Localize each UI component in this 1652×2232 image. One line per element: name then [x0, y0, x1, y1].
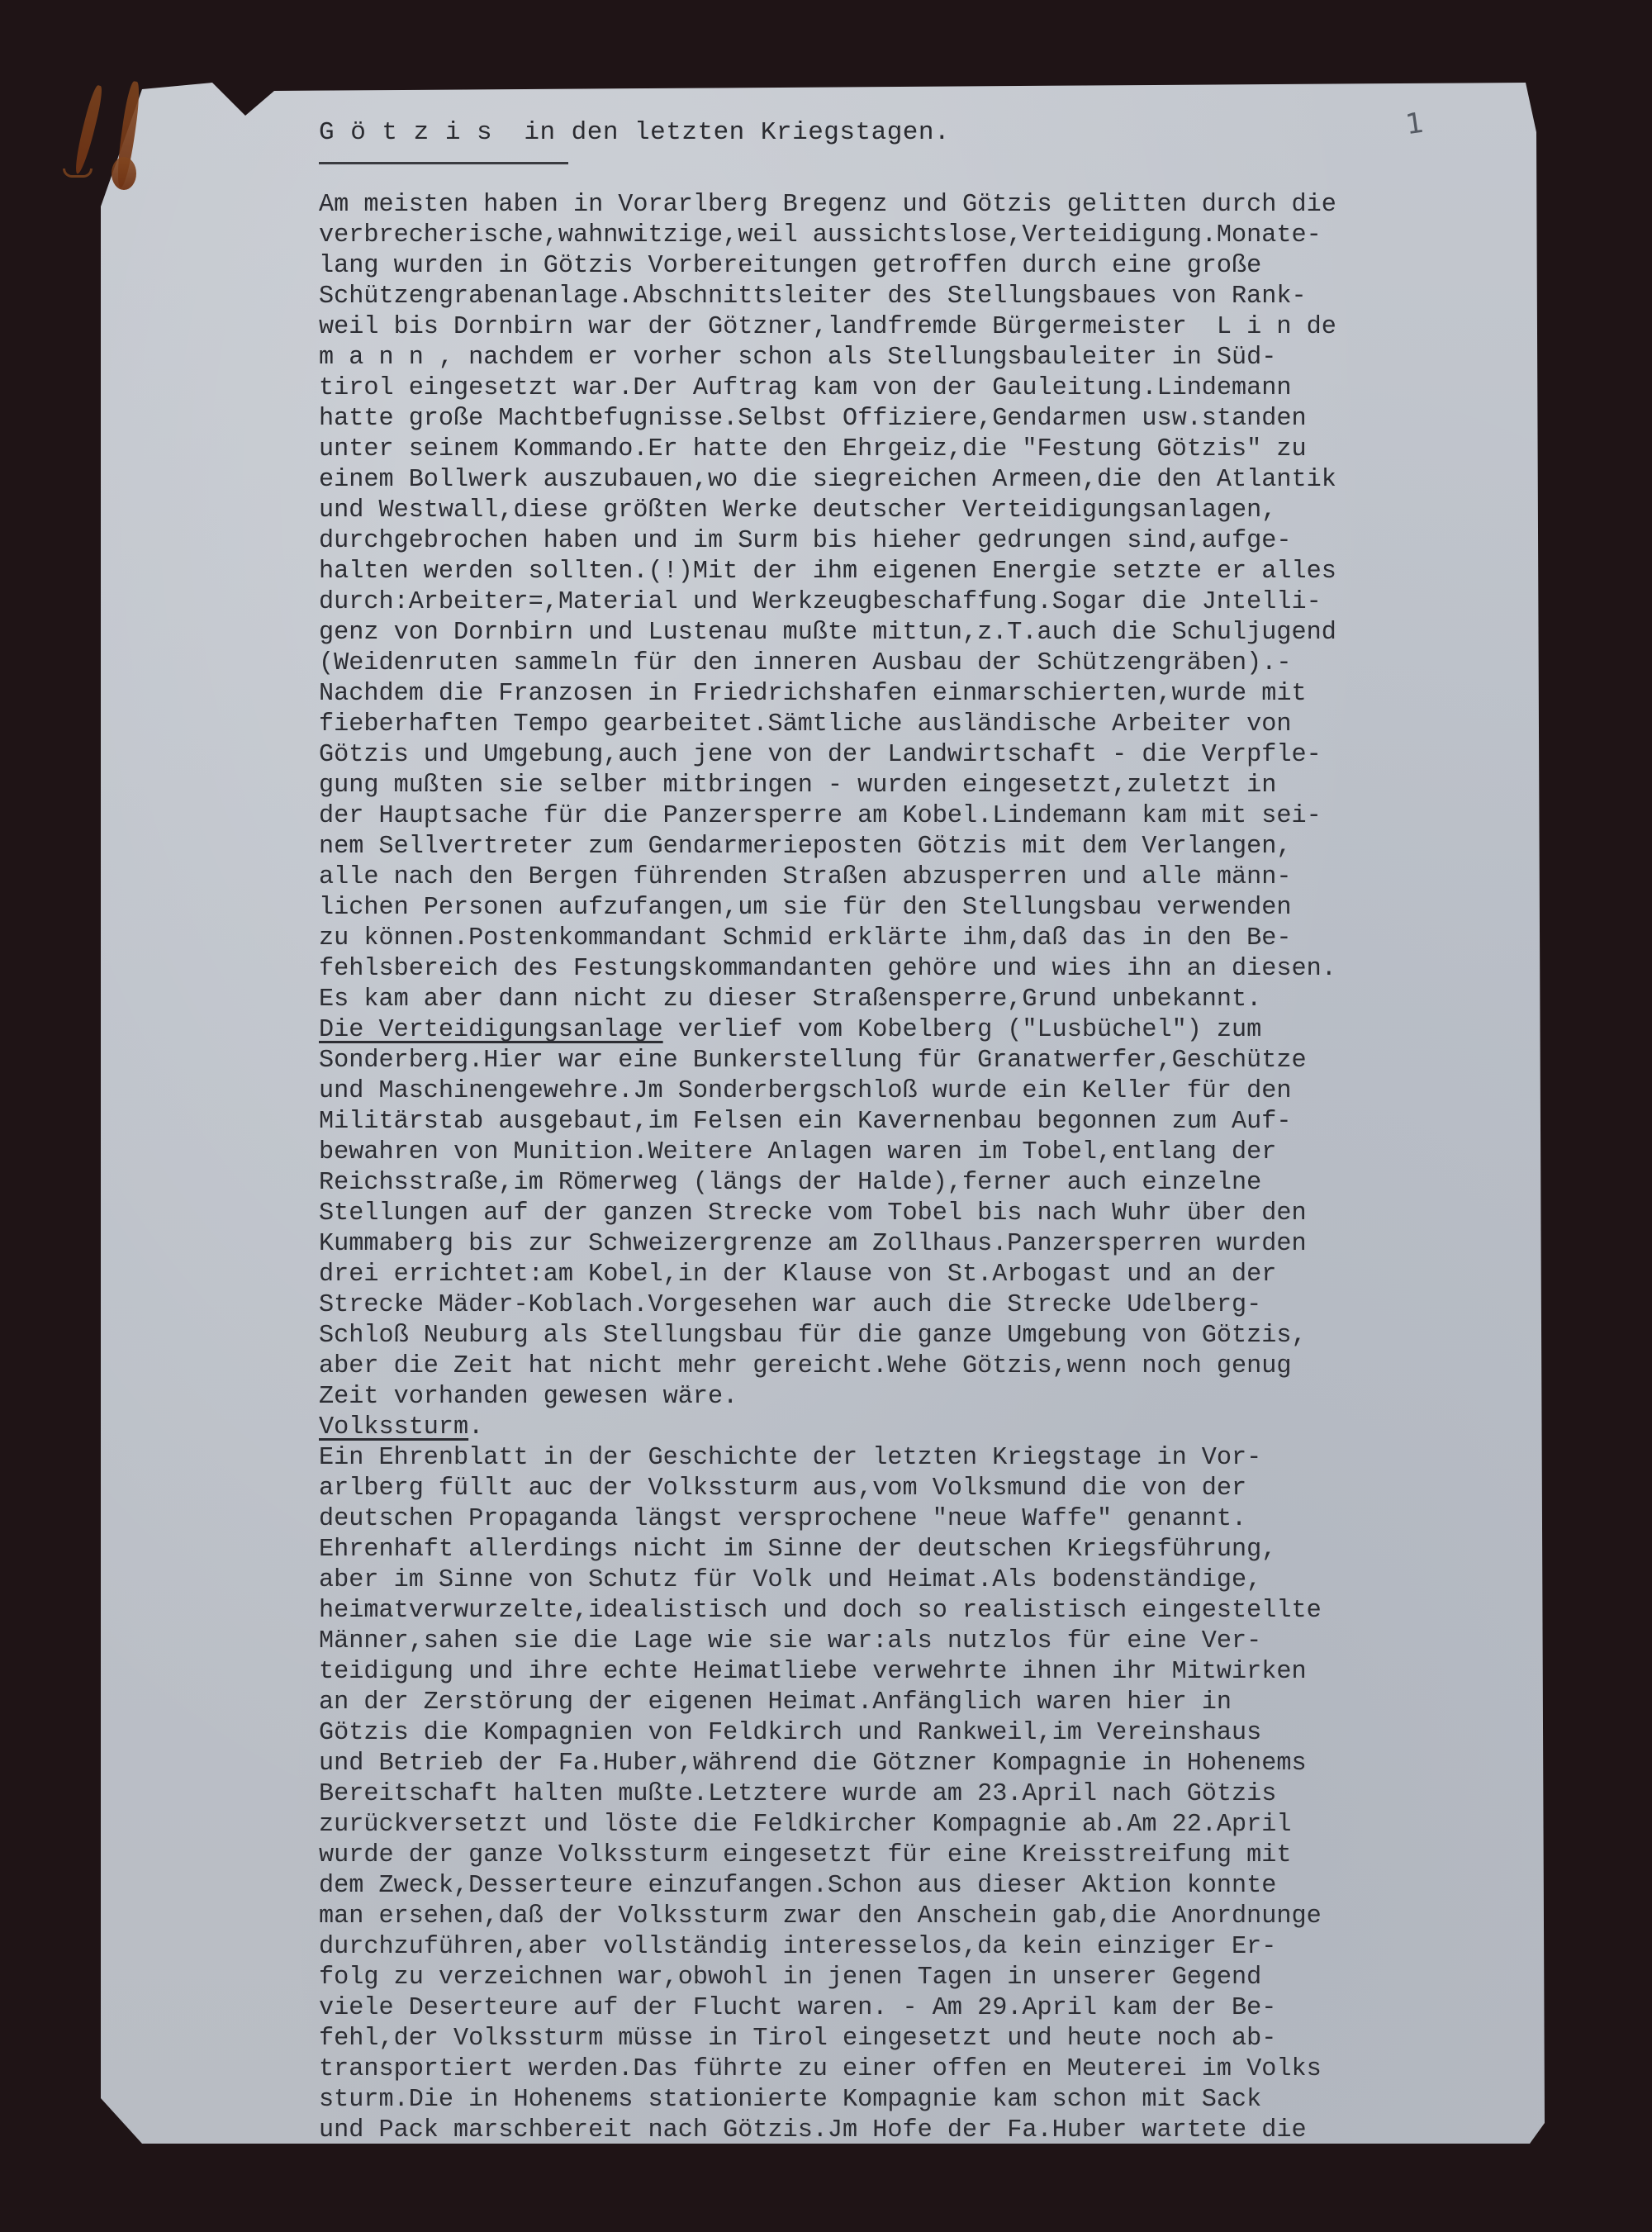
text-line: Es kam aber dann nicht zu dieser Straßen…	[319, 985, 1558, 1015]
text-line: Ehrenhaft allerdings nicht im Sinne der …	[319, 1535, 1558, 1565]
document-title: G ö t z i s in den letzten Kriegstagen.	[319, 118, 950, 147]
text-line: an der Zerstörung der eigenen Heimat.Anf…	[319, 1688, 1558, 1718]
text-line: halten werden sollten.(!)Mit der ihm eig…	[319, 557, 1558, 587]
text-line: Die Verteidigungsanlage verlief vom Kobe…	[319, 1015, 1558, 1046]
text-line: Männer,sahen sie die Lage wie sie war:al…	[319, 1627, 1558, 1657]
text-line: dem Zweck,Desserteure einzufangen.Schon …	[319, 1871, 1558, 1902]
text-line: Militärstab ausgebaut,im Felsen ein Kave…	[319, 1107, 1558, 1137]
text-line: bewahren von Munition.Weitere Anlagen wa…	[319, 1137, 1558, 1168]
text-line: und Westwall,diese größten Werke deutsch…	[319, 496, 1558, 526]
text-line: Kummaberg bis zur Schweizergrenze am Zol…	[319, 1229, 1558, 1260]
text-line: und Maschinengewehre.Jm Sonderbergschloß…	[319, 1076, 1558, 1107]
text-line: arlberg füllt auc der Volkssturm aus,vom…	[319, 1474, 1558, 1504]
text-line: Nachdem die Franzosen in Friedrichshafen…	[319, 679, 1558, 710]
text-line: (Weidenruten sammeln für den inneren Aus…	[319, 648, 1558, 679]
text-line: fieberhaften Tempo gearbeitet.Sämtliche …	[319, 710, 1558, 740]
text-line: und Betrieb der Fa.Huber,während die Göt…	[319, 1749, 1558, 1779]
text-line: durchgebrochen haben und im Surm bis hie…	[319, 526, 1558, 557]
text-line: Volkssturm.	[319, 1413, 1558, 1443]
document-body: Am meisten haben in Vorarlberg Bregenz u…	[319, 190, 1558, 2146]
text-line: drei errichtet:am Kobel,in der Klause vo…	[319, 1260, 1558, 1290]
text-line: wurde der ganze Volkssturm eingesetzt fü…	[319, 1840, 1558, 1871]
rust-stain	[112, 157, 136, 190]
text-line: Sonderberg.Hier war eine Bunkerstellung …	[319, 1046, 1558, 1076]
text-line: verbrecherische,wahnwitzige,weil aussich…	[319, 221, 1558, 251]
text-line: man ersehen,daß der Volkssturm zwar den …	[319, 1902, 1558, 1932]
text-line: viele Deserteure auf der Flucht waren. -…	[319, 1993, 1558, 2024]
text-line: Strecke Mäder-Koblach.Vorgesehen war auc…	[319, 1290, 1558, 1321]
text-line: Schützengrabenanlage.Abschnittsleiter de…	[319, 282, 1558, 312]
text-line: hatte große Machtbefugnisse.Selbst Offiz…	[319, 404, 1558, 435]
section-heading: Die Verteidigungsanlage	[319, 1016, 663, 1044]
text-line: Zeit vorhanden gewesen wäre.	[319, 1382, 1558, 1413]
text-line: lang wurden in Götzis Vorbereitungen get…	[319, 251, 1558, 282]
text-line: Am meisten haben in Vorarlberg Bregenz u…	[319, 190, 1558, 221]
text-line: Götzis die Kompagnien von Feldkirch und …	[319, 1718, 1558, 1749]
text-line: nem Sellvertreter zum Gendarmerieposten …	[319, 832, 1558, 862]
text-line: Reichsstraße,im Römerweg (längs der Hald…	[319, 1168, 1558, 1199]
text-line: heimatverwurzelte,idealistisch und doch …	[319, 1596, 1558, 1627]
text-line: genz von Dornbirn und Lustenau mußte mit…	[319, 618, 1558, 648]
text-line: m a n n , nachdem er vorher schon als St…	[319, 343, 1558, 373]
text-line: weil bis Dornbirn war der Götzner,landfr…	[319, 312, 1558, 343]
text-line: sturm.Die in Hohenems stationierte Kompa…	[319, 2085, 1558, 2116]
text-line: zu können.Postenkommandant Schmid erklär…	[319, 924, 1558, 954]
text-line: unter seinem Kommando.Er hatte den Ehrge…	[319, 435, 1558, 465]
text-line: Ein Ehrenblatt in der Geschichte der let…	[319, 1443, 1558, 1474]
text-line: Stellungen auf der ganzen Strecke vom To…	[319, 1199, 1558, 1229]
rust-stain	[72, 84, 105, 175]
section-heading: Volkssturm	[319, 1413, 468, 1441]
text-line: aber die Zeit hat nicht mehr gereicht.We…	[319, 1351, 1558, 1382]
text-line: gung mußten sie selber mitbringen - wurd…	[319, 771, 1558, 801]
text-line: durch:Arbeiter=,Material und Werkzeugbes…	[319, 587, 1558, 618]
text-line: Bereitschaft halten mußte.Letztere wurde…	[319, 1779, 1558, 1810]
title-underline	[319, 162, 568, 164]
text-line: durchzuführen,aber vollständig interesse…	[319, 1932, 1558, 1963]
text-line: Götzis und Umgebung,auch jene von der La…	[319, 740, 1558, 771]
text-line: zurückversetzt und löste die Feldkircher…	[319, 1810, 1558, 1840]
text-line: tirol eingesetzt war.Der Auftrag kam von…	[319, 373, 1558, 404]
text-line: und Pack marschbereit nach Götzis.Jm Hof…	[319, 2116, 1558, 2146]
text-line: deutschen Propaganda längst versprochene…	[319, 1504, 1558, 1535]
text-line: der Hauptsache für die Panzersperre am K…	[319, 801, 1558, 832]
text-line: lichen Personen aufzufangen,um sie für d…	[319, 893, 1558, 924]
rust-stain	[63, 169, 93, 178]
text-line: fehlsbereich des Festungskommandanten ge…	[319, 954, 1558, 985]
text-line: teidigung und ihre echte Heimatliebe ver…	[319, 1657, 1558, 1688]
text-line: folg zu verzeichnen war,obwohl in jenen …	[319, 1963, 1558, 1993]
text-line: einem Bollwerk auszubauen,wo die siegrei…	[319, 465, 1558, 496]
text-line: transportiert werden.Das führte zu einer…	[319, 2054, 1558, 2085]
text-line: fehl,der Volkssturm müsse in Tirol einge…	[319, 2024, 1558, 2054]
text-line: Schloß Neuburg als Stellungsbau für die …	[319, 1321, 1558, 1351]
text-line: alle nach den Bergen führenden Straßen a…	[319, 862, 1558, 893]
text-line: aber im Sinne von Schutz für Volk und He…	[319, 1565, 1558, 1596]
